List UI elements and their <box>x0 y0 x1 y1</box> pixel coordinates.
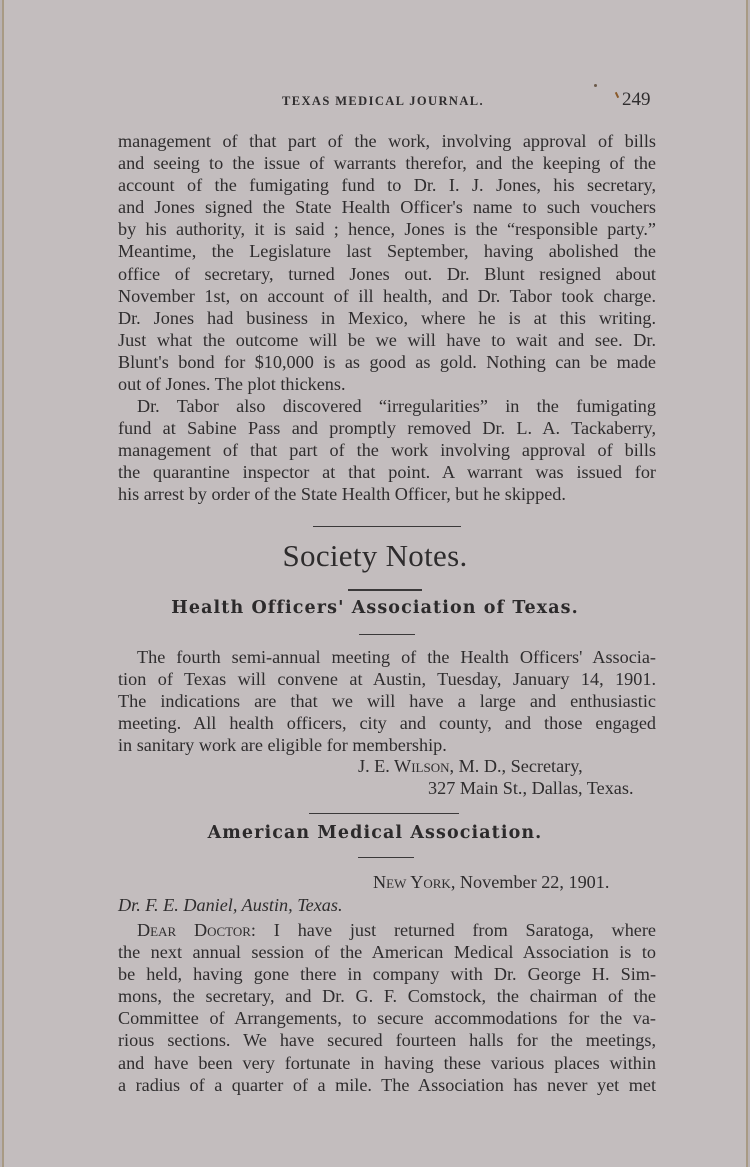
ink-mark <box>615 92 619 98</box>
subsection-heading-health-officers: Health Officers' Association of Texas. <box>4 598 746 618</box>
signature-address: 327 Main St., Dallas, Texas. <box>428 778 634 799</box>
text-line: fund at Sabine Pass and promptly removed… <box>118 417 656 439</box>
text-line: account of the fumigating fund to Dr. I.… <box>118 174 656 196</box>
subsection-heading-ama: American Medical Association. <box>4 823 746 843</box>
text-line: Dear Doctor: I have just returned from S… <box>118 919 656 941</box>
page-number: 249 <box>622 89 651 111</box>
text-line: be held, having gone there in company wi… <box>118 963 656 985</box>
text-line: Committee of Arrangements, to secure acc… <box>118 1007 656 1029</box>
text-line: by his authority, it is said ; hence, Jo… <box>118 218 656 240</box>
ink-speck <box>594 84 597 87</box>
text-line: tion of Texas will convene at Austin, Tu… <box>118 668 656 690</box>
text-line: management of that part of the work invo… <box>118 439 656 461</box>
text-line: in sanitary work are eligible for member… <box>118 734 656 756</box>
text-line: his arrest by order of the State Health … <box>118 483 656 505</box>
text-line: The indications are that we will have a … <box>118 690 656 712</box>
running-head: TEXAS MEDICAL JOURNAL. 249 <box>4 94 746 116</box>
ama-letter-paragraph: Dear Doctor: I have just returned from S… <box>118 919 656 1096</box>
section-title: Society Notes. <box>4 538 746 574</box>
text-line: the quarantine inspector at that point. … <box>118 461 656 483</box>
text-line: Meantime, the Legislature last September… <box>118 240 656 262</box>
signature-name: J. E. Wilson <box>358 756 450 776</box>
journal-title: TEXAS MEDICAL JOURNAL. <box>282 94 484 109</box>
text-line: and Jones signed the State Health Office… <box>118 196 656 218</box>
journal-page: TEXAS MEDICAL JOURNAL. 249 management of… <box>2 0 748 1167</box>
text-line: Dr. Tabor also discovered “irregularitie… <box>118 395 656 417</box>
dateline: New York, November 22, 1901. <box>373 872 609 893</box>
signature-line: J. E. Wilson, M. D., Secretary, <box>358 756 583 777</box>
dateline-date: , November 22, 1901. <box>451 872 610 892</box>
article-paragraph-1: management of that part of the work, inv… <box>118 130 656 395</box>
text-line: a radius of a quarter of a mile. The Ass… <box>118 1074 656 1096</box>
text-line: office of secretary, turned Jones out. D… <box>118 263 656 285</box>
dateline-place: New York <box>373 872 451 892</box>
text-line: Just what the outcome will be we will ha… <box>118 329 656 351</box>
text-line: The fourth semi-annual meeting of the He… <box>118 646 656 668</box>
text-line: Dr. Jones had business in Mexico, where … <box>118 307 656 329</box>
health-officers-paragraph: The fourth semi-annual meeting of the He… <box>118 646 656 756</box>
section-divider <box>313 526 461 527</box>
title-rule <box>348 589 422 591</box>
addressee: Dr. F. E. Daniel, Austin, Texas. <box>118 895 343 916</box>
subsection-rule <box>359 634 415 635</box>
text-line: the next annual session of the American … <box>118 941 656 963</box>
text-line: and seeing to the issue of warrants ther… <box>118 152 656 174</box>
text-line: Blunt's bond for $10,000 is as good as g… <box>118 351 656 373</box>
text-line: out of Jones. The plot thickens. <box>118 373 656 395</box>
text-line: and have been very fortunate in having t… <box>118 1052 656 1074</box>
text-line: November 1st, on account of ill health, … <box>118 285 656 307</box>
article-paragraph-2: Dr. Tabor also discovered “irregularitie… <box>118 395 656 505</box>
text-line: rious sections. We have secured fourteen… <box>118 1029 656 1051</box>
salutation: Dear Doctor <box>137 920 251 940</box>
subsection-rule <box>358 857 414 858</box>
section-divider <box>309 813 459 814</box>
signature-title: , M. D., Secretary, <box>450 756 583 776</box>
text-line: mons, the secretary, and Dr. G. F. Comst… <box>118 985 656 1007</box>
text-line: meeting. All health officers, city and c… <box>118 712 656 734</box>
text-line: management of that part of the work, inv… <box>118 130 656 152</box>
